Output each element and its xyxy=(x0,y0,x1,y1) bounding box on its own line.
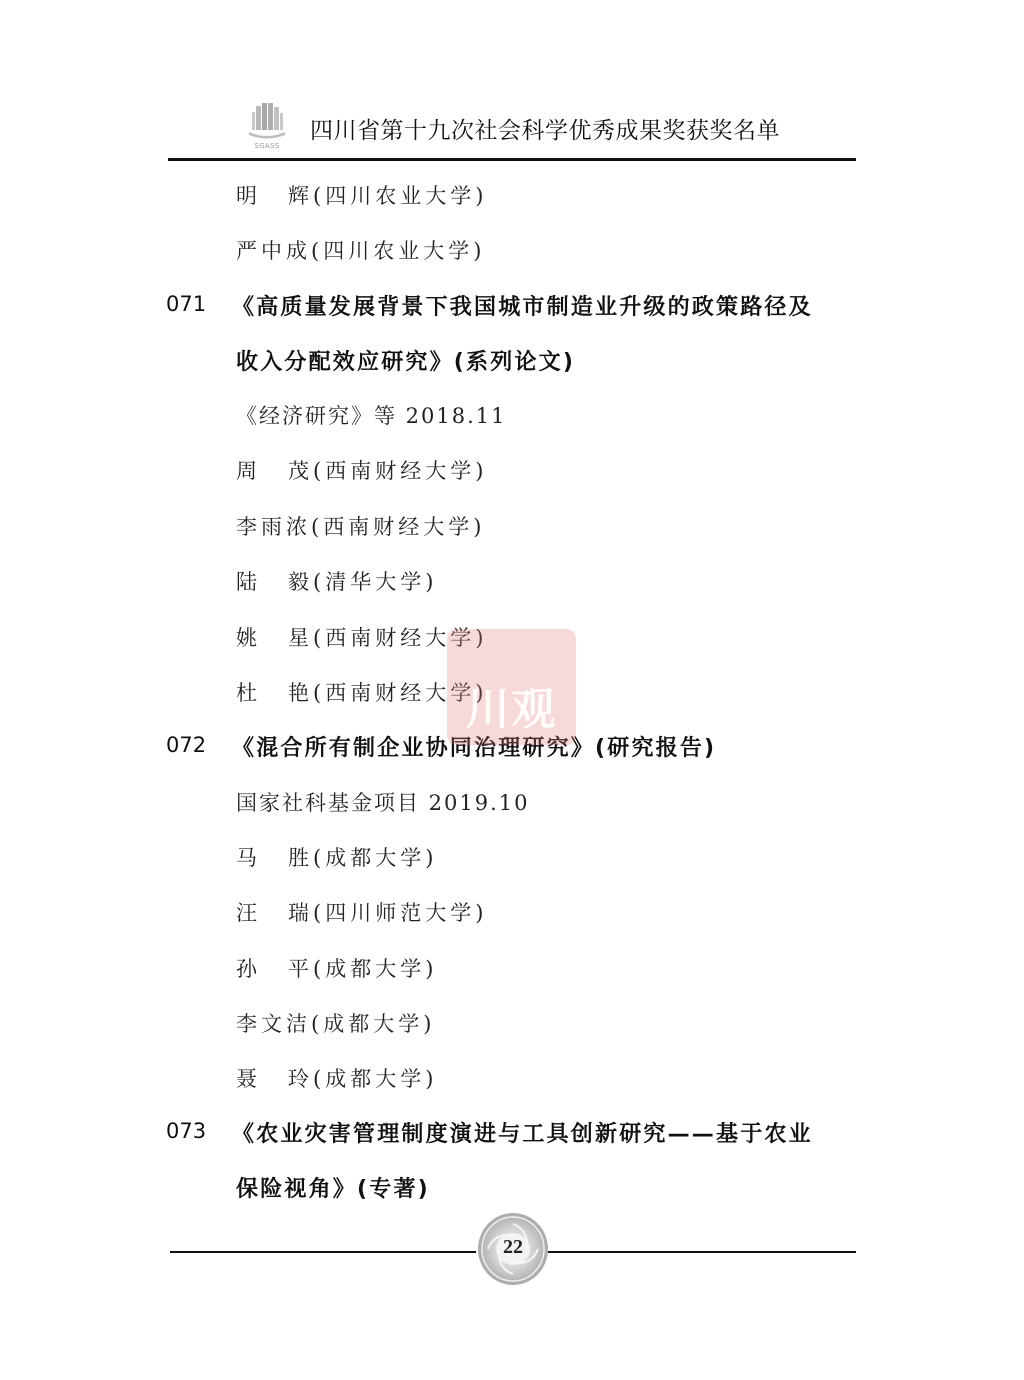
author-affiliation: (成都大学) xyxy=(311,1012,435,1036)
author-line: 明辉(四川农业大学) xyxy=(236,180,487,210)
author-affiliation: (四川师范大学) xyxy=(313,901,487,925)
author-given: 艳 xyxy=(288,681,313,705)
footer-divider-right xyxy=(548,1251,856,1253)
author-affiliation: (四川农业大学) xyxy=(311,239,485,263)
page-number: 22 xyxy=(477,1236,549,1259)
author-surname: 姚 xyxy=(236,622,288,652)
author-affiliation: (清华大学) xyxy=(313,570,437,594)
author-given: 茂 xyxy=(288,459,313,483)
author-line: 周茂(西南财经大学) xyxy=(236,455,487,485)
publication-source: 国家社科基金项目 2019.10 xyxy=(236,787,530,817)
author-affiliation: (成都大学) xyxy=(313,1067,437,1091)
author-affiliation: (成都大学) xyxy=(313,846,437,870)
logo-text: SGASS xyxy=(244,142,290,150)
footer-divider-left xyxy=(170,1251,476,1253)
page-number-badge: 22 xyxy=(477,1212,549,1286)
sgass-logo: SGASS xyxy=(244,102,290,152)
watermark: 川观 xyxy=(447,629,576,745)
author-given: 胜 xyxy=(288,846,313,870)
author-given: 星 xyxy=(288,626,313,650)
author-surname: 明 xyxy=(236,180,288,210)
author-given: 平 xyxy=(288,957,313,981)
author-line: 陆毅(清华大学) xyxy=(236,566,437,596)
author-name: 李雨浓 xyxy=(236,515,311,539)
author-surname: 杜 xyxy=(236,677,288,707)
author-given: 辉 xyxy=(288,184,313,208)
author-surname: 汪 xyxy=(236,897,288,927)
author-affiliation: (四川农业大学) xyxy=(313,184,487,208)
author-name: 严中成 xyxy=(236,239,311,263)
author-line: 严中成(四川农业大学) xyxy=(236,235,485,265)
author-line: 马胜(成都大学) xyxy=(236,842,437,872)
page-header: SGASS 四川省第十九次社会科学优秀成果奖获奖名单 xyxy=(168,100,856,158)
building-logo-icon xyxy=(244,102,290,142)
header-divider xyxy=(168,158,856,161)
entry-title: 《农业灾害管理制度演进与工具创新研究——基于农业 xyxy=(232,1117,813,1148)
publication-source: 《经济研究》等 2018.11 xyxy=(236,400,507,430)
author-given: 瑞 xyxy=(288,901,313,925)
watermark-text: 川观 xyxy=(466,673,558,737)
author-line: 孙平(成都大学) xyxy=(236,953,437,983)
author-surname: 周 xyxy=(236,455,288,485)
author-surname: 陆 xyxy=(236,566,288,596)
entry-title: 《高质量发展背景下我国城市制造业升级的政策路径及 xyxy=(232,290,813,321)
author-given: 毅 xyxy=(288,570,313,594)
author-given: 玲 xyxy=(288,1067,313,1091)
author-line: 聂玲(成都大学) xyxy=(236,1063,437,1093)
author-affiliation: (成都大学) xyxy=(313,957,437,981)
author-affiliation: (西南财经大学) xyxy=(311,515,485,539)
entry-number: 071 xyxy=(166,292,206,316)
entry-title-continued: 保险视角》(专著) xyxy=(236,1172,430,1203)
entry-number: 072 xyxy=(166,733,206,757)
author-line: 李文洁(成都大学) xyxy=(236,1008,435,1038)
author-surname: 马 xyxy=(236,842,288,872)
author-name: 李文洁 xyxy=(236,1012,311,1036)
author-surname: 孙 xyxy=(236,953,288,983)
author-surname: 聂 xyxy=(236,1063,288,1093)
entry-title-continued: 收入分配效应研究》(系列论文) xyxy=(236,345,575,376)
author-affiliation: (西南财经大学) xyxy=(313,459,487,483)
entry-number: 073 xyxy=(166,1119,206,1143)
author-line: 李雨浓(西南财经大学) xyxy=(236,511,485,541)
page-title: 四川省第十九次社会科学优秀成果奖获奖名单 xyxy=(310,112,780,145)
author-line: 汪瑞(四川师范大学) xyxy=(236,897,487,927)
